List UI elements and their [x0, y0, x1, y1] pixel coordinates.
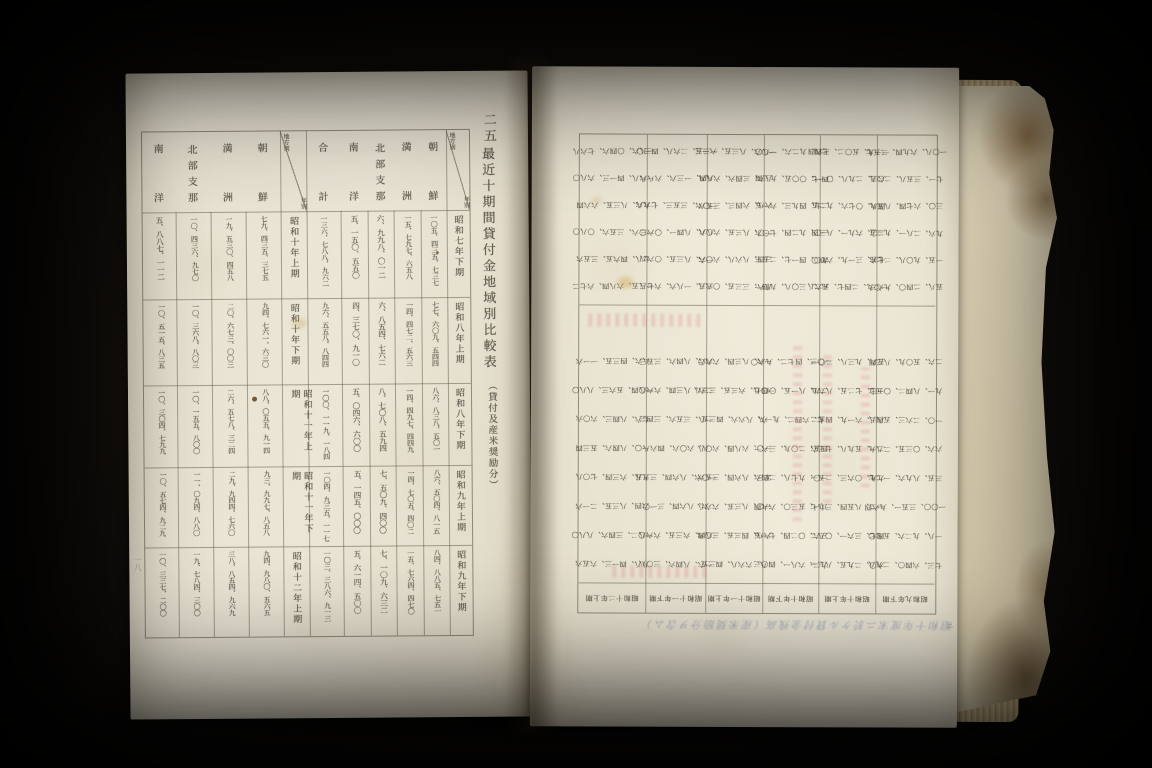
photo-backdrop: 地方別年別朝鮮満洲北部支那南洋合計昭和七年下期一〇五、四三五、七三七一五、七九七… — [0, 0, 1152, 768]
data-cell: 一四、七〇五、四〇二 — [403, 469, 416, 541]
table-corner-cell: 地方別年別 — [280, 131, 307, 211]
data-cell: 一三五、六八四、六七二 — [579, 273, 646, 298]
header-char: 南 — [348, 139, 358, 154]
data-cell: 六六、〇三五、二八九 — [876, 436, 935, 461]
header-char: 部 — [375, 155, 385, 170]
header-char: 朝 — [257, 139, 267, 154]
data-cell: 五八、二四〇、九六三 — [876, 274, 935, 299]
data-cell: 一八、三五六、三四三 — [646, 406, 706, 432]
data-cell: 八四、八八五、七五一 — [430, 549, 443, 631]
row-label: 昭和九年上期 — [455, 470, 468, 540]
data-cell: 五、一四五、〇〇〇 — [350, 470, 363, 542]
data-cell: 六、八五四、七六二 — [376, 302, 388, 380]
table-line — [394, 210, 398, 635]
data-cell: 八、七〇八、五九四 — [376, 387, 389, 461]
left-page: 地方別年別朝鮮満洲北部支那南洋合計昭和七年下期一〇五、四三五、七三七一五、七九七… — [125, 70, 532, 719]
data-cell: 一四、四七二、五六三 — [402, 301, 414, 379]
data-cell: 一〇〇、一一九、一八四 — [319, 388, 332, 462]
column-header: 朝鮮 — [245, 139, 281, 203]
header-char: 鮮 — [258, 188, 268, 203]
table-line — [578, 582, 934, 584]
page-edge-mark: ニ — [944, 622, 955, 630]
table-line — [341, 211, 345, 636]
row-label: 昭和八年上期 — [453, 302, 466, 378]
data-cell: 五、〇四六、六〇〇 — [349, 388, 362, 462]
data-cell: 一〇、三三七、二〇〇 — [156, 551, 169, 633]
data-cell: 五、八八七、一一二 — [152, 216, 166, 295]
data-cell: 一〇四、五六三、八八〇 — [579, 377, 646, 402]
header-char: 朝 — [428, 138, 438, 153]
data-cell: 一〇、五七四、九二九 — [155, 471, 168, 543]
column-header: 合計 — [306, 139, 341, 203]
period-label: 昭和九年下期 — [875, 586, 934, 610]
table-line — [579, 304, 935, 306]
header-char: 鮮 — [428, 187, 438, 202]
data-cell: 六四、八三五、二一六 — [578, 493, 645, 519]
period-label: 昭和十一年上期 — [705, 586, 762, 610]
header-char: 北 — [375, 139, 385, 154]
data-cell: 三八、八五四、九六九 — [225, 551, 238, 633]
header-char: 洲 — [223, 189, 233, 204]
corner-periods-label: 年別 — [461, 196, 468, 208]
data-cell: 七一、三五八、二〇九 — [877, 166, 936, 191]
header-char: 支 — [188, 173, 198, 188]
header-char: 洋 — [349, 188, 359, 203]
data-cell: 一〇五、四三五、七三七 — [427, 214, 441, 293]
data-cell: 一九、七八四、三〇〇 — [190, 551, 203, 633]
row-label: 昭和十年上期 — [288, 216, 301, 293]
data-cell: 九六、二八一、九三五 — [876, 220, 935, 245]
data-cell: 一〇八、六九四、二五七 — [877, 139, 936, 164]
data-cell: 七、五〇九、四〇〇 — [377, 470, 390, 542]
page-title-note: （貸付及産米奨励分） — [485, 381, 498, 521]
column-header: 北部支那 — [367, 138, 394, 202]
data-cell: 九三、九九七、八五八 — [259, 470, 272, 542]
protruding-stained-page — [948, 86, 1058, 714]
data-cell: 一〇六、三五六、〇八〇 — [579, 219, 646, 244]
corner-regions-label: 地方別 — [447, 132, 454, 150]
data-cell: 一六、八四六、三〇八 — [645, 551, 705, 577]
data-cell: 七八、四六五、三五六 — [579, 246, 646, 270]
data-cell: 二〇、六七三、〇〇三 — [223, 303, 235, 381]
data-cell: 八八、〇五五、九一四 — [258, 388, 271, 462]
data-cell: 八八、四一三、六五六 — [578, 551, 645, 577]
data-cell: 六、九九八、〇一二 — [374, 214, 388, 293]
inverted-table: 一八六、〇四六、七六八一六八、四一三、六八〇九六、八三五、六六四一〇六、三五六、… — [577, 133, 938, 614]
right-page: 一八六、〇四六、七六八一六八、四一三、六八〇九六、八三五、六六四一〇六、三五六、… — [530, 66, 959, 727]
header-char: 支 — [375, 171, 385, 186]
data-cell: 一〇、五一五、八三五 — [154, 303, 166, 381]
page-title: 最近十期間貸付金地域別比較表 — [479, 147, 498, 387]
header-char: 部 — [188, 157, 198, 172]
table-line — [421, 210, 425, 635]
header-char: 洋 — [154, 189, 164, 204]
data-cell: 九六、五五八、八四四 — [319, 302, 331, 380]
data-cell: 一〇、四三六、九七〇 — [186, 216, 200, 295]
row-label: 昭和九年下期 — [455, 550, 468, 630]
data-cell: 一八、九二六、五七〇 — [875, 523, 934, 548]
data-cell: 一四、四九七、四四九 — [402, 387, 415, 461]
data-cell: 一〇、二六三、五四八 — [876, 407, 935, 433]
data-cell: 五、一五〇、五五〇 — [347, 215, 361, 294]
data-cell: 一〇、一五五、八〇〇 — [188, 389, 201, 463]
row-label: 昭和十一年上期 — [289, 389, 314, 461]
row-label: 昭和十一年下期 — [290, 471, 315, 541]
data-cell: 八六、五〇四、八一五 — [430, 469, 443, 541]
data-cell: 三〇、六七四、八五九 — [877, 193, 936, 217]
data-cell: 七七、六〇九、五四四 — [429, 301, 441, 379]
data-cell: 一〇、三〇四、七九九 — [154, 389, 167, 463]
header-char: 那 — [375, 187, 385, 202]
header-char: 那 — [188, 189, 198, 204]
data-cell: 六、八六六、四三五 — [706, 406, 763, 432]
header-char: 北 — [187, 141, 197, 156]
header-char: 満 — [222, 140, 232, 155]
header-char: 合 — [318, 139, 328, 154]
data-cell: 四、三七〇、九一〇 — [349, 302, 361, 380]
table-line — [368, 211, 372, 636]
column-header: 朝鮮 — [420, 138, 447, 202]
row-label: 昭和八年下期 — [454, 388, 467, 460]
period-label: 昭和十二年上期 — [578, 585, 645, 609]
data-cell: 一三六、七八八、九六二 — [317, 215, 331, 294]
data-cell: 一〇四、九三五、一一七 — [320, 470, 333, 542]
period-label: 昭和十年上期 — [818, 586, 875, 610]
corner-periods-label: 年別 — [298, 197, 305, 209]
loan-comparison-table: 地方別年別朝鮮満洲北部支那南洋合計昭和七年下期一〇五、四三五、七三七一五、七九七… — [141, 129, 474, 639]
data-cell: 七九、四三五、三七五 — [256, 215, 270, 294]
data-cell: 一九、五三〇、四五八 — [221, 216, 235, 295]
data-cell: 一〇〇、三五一、九六四 — [875, 494, 934, 520]
period-label: 昭和十年下期 — [762, 586, 818, 610]
column-header: 満洲 — [210, 140, 246, 204]
data-cell: 七六、八四三、六〇六 — [579, 406, 646, 432]
data-cell: 一五、七六四、四七〇 — [404, 549, 417, 631]
data-cell: 二六、五〇九、八三四 — [876, 349, 935, 375]
column-header: 満洲 — [393, 138, 421, 202]
data-cell: 八六、八三八、五〇一 — [429, 387, 442, 461]
column-header: 北部支那 — [175, 140, 211, 204]
data-cell: 一〇三、三八六、九一三 — [320, 550, 333, 632]
header-char: 満 — [401, 138, 411, 153]
data-cell: 七三、六四〇、二九八 — [875, 552, 934, 578]
header-char: 南 — [153, 140, 163, 155]
row-label: 昭和十年下期 — [289, 303, 302, 379]
item-number: 二五 — [480, 113, 499, 145]
data-cell: 一五、九〇八、二七六 — [876, 247, 935, 271]
handwritten-note: 昭和十年度末ニ於ケル貸付金残高（産米奨励分ヲ含ム） — [580, 616, 952, 632]
period-label: 昭和十一年下期 — [645, 586, 705, 610]
corner-regions-label: 地方別 — [281, 133, 288, 151]
row-label: 昭和七年下期 — [453, 215, 466, 292]
data-cell: 八六、四三五、一一六 — [579, 348, 646, 374]
data-cell: 一〇二、三四六、八八〇 — [578, 522, 645, 547]
row-label: 昭和十二年上期 — [291, 551, 304, 631]
data-cell: 一五、七九七、六五八 — [400, 214, 414, 293]
data-cell: 二六、五七八、三二四 — [223, 389, 236, 463]
header-char: 計 — [318, 188, 328, 203]
data-cell: 九一、八四二、〇五七 — [876, 378, 935, 403]
table-corner-cell: 地方別年別 — [446, 130, 470, 210]
data-cell: 九四、九八〇、五六五 — [260, 550, 273, 632]
header-char: 洲 — [402, 187, 412, 202]
table-line — [211, 212, 215, 637]
data-cell: 一六八、四一三、六八〇 — [580, 165, 647, 190]
data-cell: 七、一〇九、六三二 — [377, 550, 390, 632]
column-header: 南洋 — [340, 139, 368, 203]
data-cell: 一〇、三六八、八〇三 — [188, 303, 200, 381]
data-cell: 九四、七六一、六三〇 — [258, 303, 270, 381]
data-cell: 一一、〇九四、八八〇 — [189, 471, 202, 543]
margin-mark: 一八 — [133, 555, 142, 571]
table-line — [246, 212, 250, 637]
data-cell: 一〇、八四六、五三四 — [579, 435, 646, 460]
data-cell: 五、六一四、五〇〇 — [351, 550, 364, 632]
column-header: 南洋 — [142, 140, 176, 204]
table-line — [176, 212, 180, 637]
data-cell: 二九、九四四、七六〇 — [224, 471, 237, 543]
data-cell: 三五、八九六、一二七 — [876, 465, 935, 491]
